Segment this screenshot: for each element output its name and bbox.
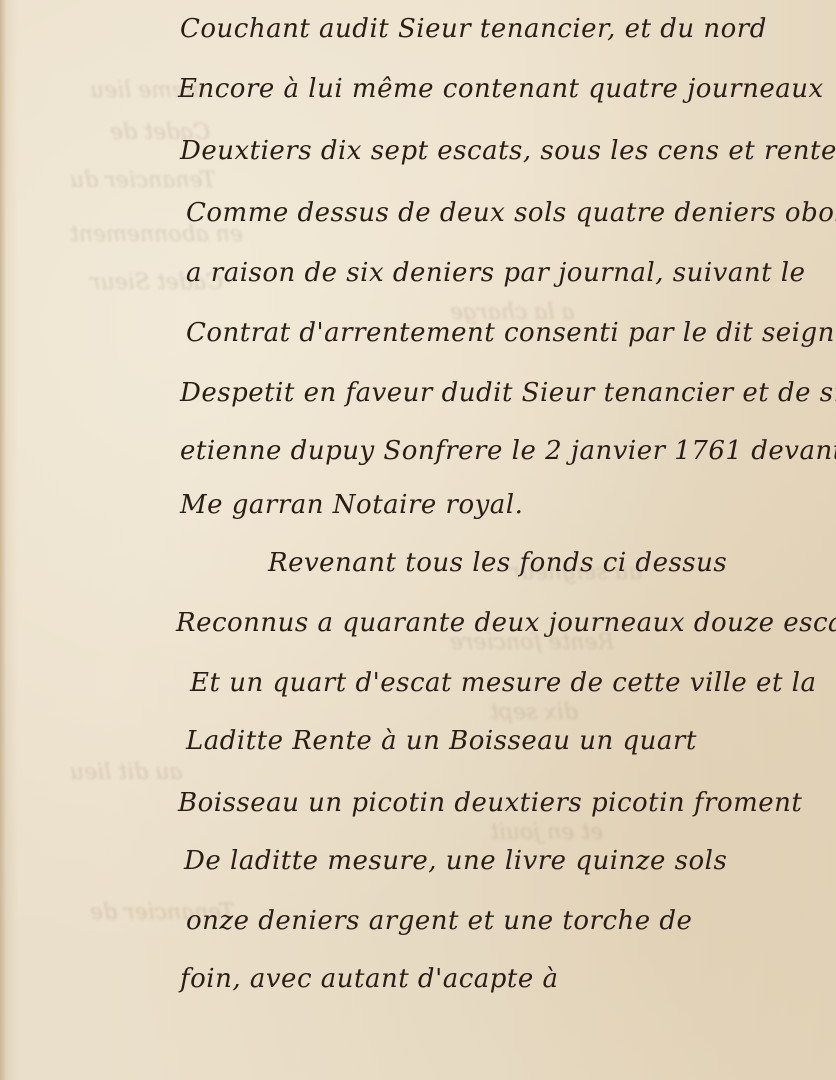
manuscript-line: Couchant audit Sieur tenancier, et du no… — [180, 14, 767, 44]
manuscript-line: Laditte Rente à un Boisseau un quart — [186, 726, 697, 756]
manuscript-line: Deuxtiers dix sept escats, sous les cens… — [180, 136, 836, 166]
manuscript-page: meme lieu Cadet de Tenancier du en abonn… — [0, 0, 836, 1080]
manuscript-line: Et un quart d'escat mesure de cette vill… — [190, 668, 816, 698]
manuscript-line: De laditte mesure, une livre quinze sols — [184, 846, 727, 876]
manuscript-line: Contrat d'arrentement consenti par le di… — [186, 318, 836, 348]
manuscript-line: Reconnus a quarante deux journeaux douze… — [176, 608, 836, 638]
manuscript-line: Me garran Notaire royal. — [180, 490, 523, 520]
manuscript-line: onze deniers argent et une torche de — [186, 906, 692, 936]
page-edge — [0, 0, 6, 1080]
manuscript-line: Encore à lui même contenant quatre journ… — [178, 74, 824, 104]
bleed-line: au dit lieu — [70, 760, 183, 785]
bleed-line: et en jouit — [490, 820, 603, 845]
manuscript-line: etienne dupuy Sonfrere le 2 janvier 1761… — [180, 436, 836, 466]
manuscript-line: Comme dessus de deux sols quatre deniers… — [186, 198, 836, 228]
bleed-line: dix sept — [490, 700, 578, 725]
bleed-line: Tenancier du — [70, 168, 216, 193]
manuscript-line: a raison de six deniers par journal, sui… — [186, 258, 805, 288]
manuscript-line: Boisseau un picotin deuxtiers picotin fr… — [178, 788, 802, 818]
manuscript-line: foin, avec autant d'acapte à — [180, 964, 559, 994]
manuscript-line: Despetit en faveur dudit Sieur tenancier… — [180, 378, 836, 408]
manuscript-line: Revenant tous les fonds ci dessus — [268, 548, 727, 578]
